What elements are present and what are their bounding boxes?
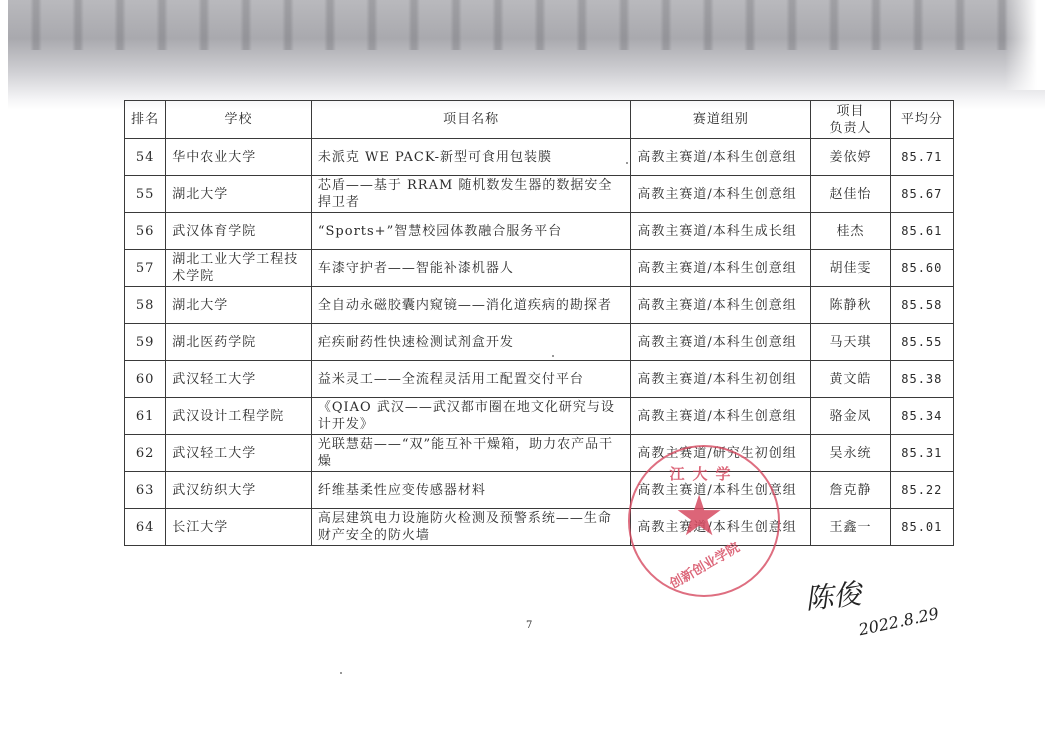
score-cell: 85.22	[890, 472, 953, 509]
rank-cell: 55	[125, 176, 166, 213]
table-row: 56武汉体育学院“Sports+”智慧校园体教融合服务平台高教主赛道/本科生成长…	[125, 213, 954, 250]
page-number: 7	[526, 620, 532, 631]
lead-cell: 赵佳怡	[811, 176, 890, 213]
project-cell: 未派克 WE PACK-新型可食用包装膜	[311, 139, 631, 176]
project-cell: 疟疾耐药性快速检测试剂盒开发	[311, 324, 631, 361]
rank-cell: 58	[125, 287, 166, 324]
table-row: 61武汉设计工程学院《QIAO 武汉——武汉都市圈在地文化研究与设计开发》高教主…	[125, 398, 954, 435]
school-cell: 湖北大学	[166, 287, 312, 324]
lead-cell: 桂杰	[811, 213, 890, 250]
lead-cell: 黄文皓	[811, 361, 890, 398]
header-lead-line1: 项目	[836, 104, 864, 119]
rank-cell: 57	[125, 250, 166, 287]
school-cell: 武汉纺织大学	[166, 472, 312, 509]
track-cell: 高教主赛道/本科生创意组	[631, 176, 811, 213]
signature-date: 2022.8.29	[857, 604, 941, 640]
project-cell: 车漆守护者——智能补漆机器人	[311, 250, 631, 287]
lead-cell: 胡佳雯	[811, 250, 890, 287]
track-cell: 高教主赛道/本科生创意组	[631, 472, 811, 509]
header-project: 项目名称	[311, 101, 631, 139]
table-row: 55湖北大学芯盾——基于 RRAM 随机数发生器的数据安全捍卫者高教主赛道/本科…	[125, 176, 954, 213]
rank-cell: 56	[125, 213, 166, 250]
header-track: 赛道组别	[631, 101, 811, 139]
scan-stripes	[0, 0, 1010, 50]
score-cell: 85.67	[890, 176, 953, 213]
lead-cell: 王鑫一	[811, 509, 890, 546]
lead-cell: 姜依婷	[811, 139, 890, 176]
track-cell: 高教主赛道/本科生成长组	[631, 213, 811, 250]
score-cell: 85.58	[890, 287, 953, 324]
table-body: 54华中农业大学未派克 WE PACK-新型可食用包装膜高教主赛道/本科生创意组…	[125, 139, 954, 546]
score-cell: 85.31	[890, 435, 953, 472]
track-cell: 高教主赛道/本科生创意组	[631, 139, 811, 176]
school-cell: 武汉设计工程学院	[166, 398, 312, 435]
track-cell: 高教主赛道/本科生创意组	[631, 250, 811, 287]
scan-shadow-top	[0, 0, 1045, 110]
project-cell: “Sports+”智慧校园体教融合服务平台	[311, 213, 631, 250]
ranking-table: 排名 学校 项目名称 赛道组别 项目 负责人 平均分 54华中农业大学未派克 W…	[124, 100, 954, 546]
lead-cell: 陈静秋	[811, 287, 890, 324]
track-cell: 高教主赛道/本科生初创组	[631, 361, 811, 398]
project-cell: 高层建筑电力设施防火检测及预警系统——生命财产安全的防火墙	[311, 509, 631, 546]
score-cell: 85.34	[890, 398, 953, 435]
school-cell: 湖北大学	[166, 176, 312, 213]
school-cell: 华中农业大学	[166, 139, 312, 176]
scan-left-edge	[0, 0, 8, 110]
table-row: 58湖北大学全自动永磁胶囊内窥镜——消化道疾病的勘探者高教主赛道/本科生创意组陈…	[125, 287, 954, 324]
score-cell: 85.61	[890, 213, 953, 250]
scan-speck	[340, 672, 342, 674]
table-row: 63武汉纺织大学纤维基柔性应变传感器材料高教主赛道/本科生创意组詹克静85.22	[125, 472, 954, 509]
header-rank: 排名	[125, 101, 166, 139]
score-cell: 85.71	[890, 139, 953, 176]
score-cell: 85.55	[890, 324, 953, 361]
school-cell: 武汉轻工大学	[166, 361, 312, 398]
score-cell: 85.38	[890, 361, 953, 398]
school-cell: 武汉体育学院	[166, 213, 312, 250]
lead-cell: 吴永统	[811, 435, 890, 472]
track-cell: 高教主赛道/本科生创意组	[631, 509, 811, 546]
rank-cell: 64	[125, 509, 166, 546]
score-cell: 85.01	[890, 509, 953, 546]
project-cell: 益米灵工——全流程灵活用工配置交付平台	[311, 361, 631, 398]
table-row: 59湖北医药学院疟疾耐药性快速检测试剂盒开发高教主赛道/本科生创意组马天琪85.…	[125, 324, 954, 361]
lead-cell: 马天琪	[811, 324, 890, 361]
table-header-row: 排名 学校 项目名称 赛道组别 项目 负责人 平均分	[125, 101, 954, 139]
school-cell: 湖北医药学院	[166, 324, 312, 361]
table-row: 60武汉轻工大学益米灵工——全流程灵活用工配置交付平台高教主赛道/本科生初创组黄…	[125, 361, 954, 398]
rank-cell: 59	[125, 324, 166, 361]
project-cell: 芯盾——基于 RRAM 随机数发生器的数据安全捍卫者	[311, 176, 631, 213]
scan-glare	[1005, 0, 1045, 90]
project-cell: 《QIAO 武汉——武汉都市圈在地文化研究与设计开发》	[311, 398, 631, 435]
score-cell: 85.60	[890, 250, 953, 287]
project-cell: 全自动永磁胶囊内窥镜——消化道疾病的勘探者	[311, 287, 631, 324]
header-lead: 项目 负责人	[811, 101, 890, 139]
scan-speck	[552, 355, 554, 357]
signature: 陈俊	[803, 572, 863, 618]
lead-cell: 骆金凤	[811, 398, 890, 435]
header-school: 学校	[166, 101, 312, 139]
table-row: 62武汉轻工大学光联慧菇——“双”能互补干燥箱，助力农产品干燥高教主赛道/研究生…	[125, 435, 954, 472]
rank-cell: 60	[125, 361, 166, 398]
rank-cell: 61	[125, 398, 166, 435]
school-cell: 湖北工业大学工程技术学院	[166, 250, 312, 287]
rank-cell: 63	[125, 472, 166, 509]
track-cell: 高教主赛道/本科生创意组	[631, 398, 811, 435]
track-cell: 高教主赛道/本科生创意组	[631, 287, 811, 324]
scan-speck	[626, 162, 628, 164]
table-row: 64长江大学高层建筑电力设施防火检测及预警系统——生命财产安全的防火墙高教主赛道…	[125, 509, 954, 546]
track-cell: 高教主赛道/研究生初创组	[631, 435, 811, 472]
track-cell: 高教主赛道/本科生创意组	[631, 324, 811, 361]
rank-cell: 54	[125, 139, 166, 176]
table-row: 54华中农业大学未派克 WE PACK-新型可食用包装膜高教主赛道/本科生创意组…	[125, 139, 954, 176]
lead-cell: 詹克静	[811, 472, 890, 509]
school-cell: 武汉轻工大学	[166, 435, 312, 472]
rank-cell: 62	[125, 435, 166, 472]
table-row: 57湖北工业大学工程技术学院车漆守护者——智能补漆机器人高教主赛道/本科生创意组…	[125, 250, 954, 287]
project-cell: 光联慧菇——“双”能互补干燥箱，助力农产品干燥	[311, 435, 631, 472]
school-cell: 长江大学	[166, 509, 312, 546]
header-score: 平均分	[890, 101, 953, 139]
project-cell: 纤维基柔性应变传感器材料	[311, 472, 631, 509]
header-lead-line2: 负责人	[829, 121, 871, 136]
